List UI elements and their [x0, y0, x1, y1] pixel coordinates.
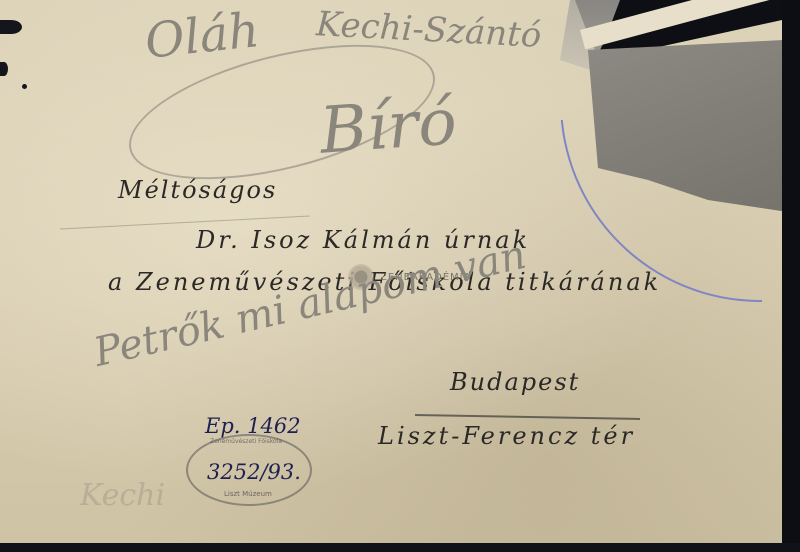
- catalog-number-inventory: 3252/93.: [207, 460, 301, 484]
- ghost-pencil-text: Kechi: [80, 478, 165, 513]
- stamp-bottom-text: Liszt Múzeum: [224, 490, 272, 498]
- ink-blot: [0, 62, 8, 76]
- pencil-name-olah: Oláh: [142, 2, 261, 70]
- pencil-name-biro: Bíró: [318, 85, 459, 168]
- ink-blot: [22, 84, 27, 89]
- address-street: Liszt-Ferencz tér: [378, 422, 635, 450]
- address-salutation: Méltóságos: [118, 176, 277, 204]
- stamp-top-text: Zeneművészeti Főiskola: [210, 438, 282, 445]
- catalog-number-ep: Ep. 1462: [205, 414, 301, 438]
- scan-border-right: [782, 0, 800, 552]
- scan-border-bottom: [0, 543, 800, 552]
- address-city: Budapest: [450, 368, 580, 396]
- ink-blot: [0, 20, 22, 34]
